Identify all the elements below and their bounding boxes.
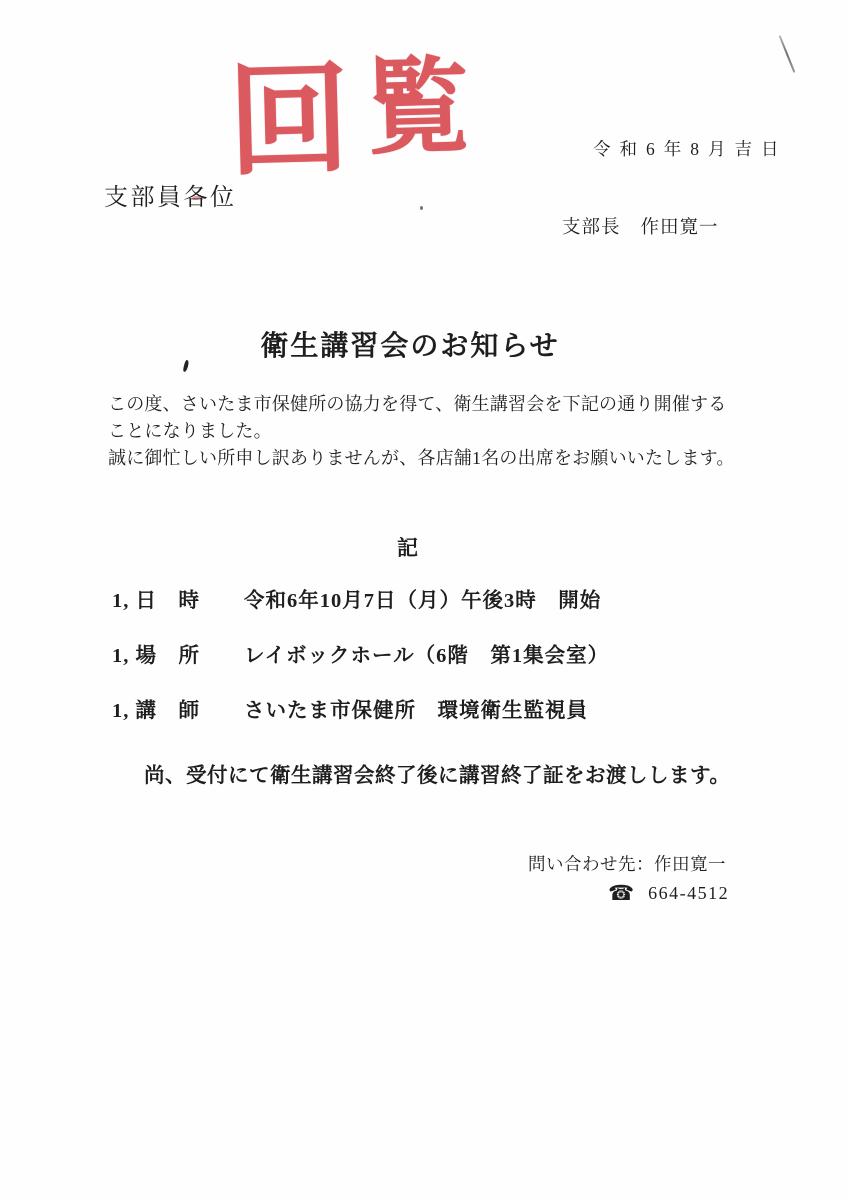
sender-line: 支部長作田寛一	[562, 213, 719, 239]
contact-line: 問い合わせ先：作田寛一	[528, 851, 726, 876]
body-line: 誠に御忙しい所申し訳ありませんが、各店舗1名の出席をお願いいたします。	[108, 445, 735, 472]
detail-row-datetime: 1, 日 時 令和6年10月7日（月）午後3時 開始	[112, 583, 812, 613]
telephone-icon: ☎	[608, 881, 634, 905]
recipient-line: 支部員各位	[104, 177, 237, 212]
body-paragraph: この度、さいたま市保健所の協力を得て、衛生講習会を下記の通り開催する ことになり…	[108, 391, 735, 473]
detail-value: レイボックホール（6階 第1集会室）	[244, 638, 609, 668]
detail-value: さいたま市保健所 環境衛生監視員	[244, 693, 588, 723]
stamp-char-ran: 覧	[364, 56, 471, 163]
scanned-document-page: 回覧 令和6年8月吉日 支部員各位 支部長作田寛一 衛生講習会のお知らせ この度…	[0, 0, 848, 1200]
record-marker: 記	[0, 532, 832, 562]
stamp-char-kai: 回	[226, 60, 351, 185]
issue-date: 令和6年8月吉日	[593, 136, 788, 161]
sender-title: 支部長	[562, 218, 621, 238]
body-line: この度、さいたま市保健所の協力を得て、衛生講習会を下記の通り開催する	[108, 391, 735, 418]
document-title: 衛生講習会のお知らせ	[0, 324, 834, 364]
circulation-stamp: 回覧	[226, 57, 471, 185]
detail-row-place: 1, 場 所 レイボックホール（6階 第1集会室）	[112, 638, 812, 668]
phone-number: 664-4512	[648, 883, 729, 903]
detail-row-lecturer: 1, 講 師 さいたま市保健所 環境衛生監視員	[112, 693, 812, 723]
detail-value: 令和6年10月7日（月）午後3時 開始	[244, 583, 601, 613]
phone-line: ☎664-4512	[608, 880, 729, 905]
ink-speck	[420, 206, 423, 210]
sender-name: 作田寛一	[641, 218, 719, 238]
detail-label: 1, 場 所	[112, 645, 200, 667]
detail-label: 1, 日 時	[112, 590, 200, 612]
note-line: 尚、受付にて衛生講習会終了後に講習終了証をお渡しします。	[144, 758, 730, 788]
detail-label: 1, 講 師	[112, 700, 200, 722]
scan-streak-artifact	[779, 35, 796, 73]
body-line: ことになりました。	[108, 418, 735, 445]
